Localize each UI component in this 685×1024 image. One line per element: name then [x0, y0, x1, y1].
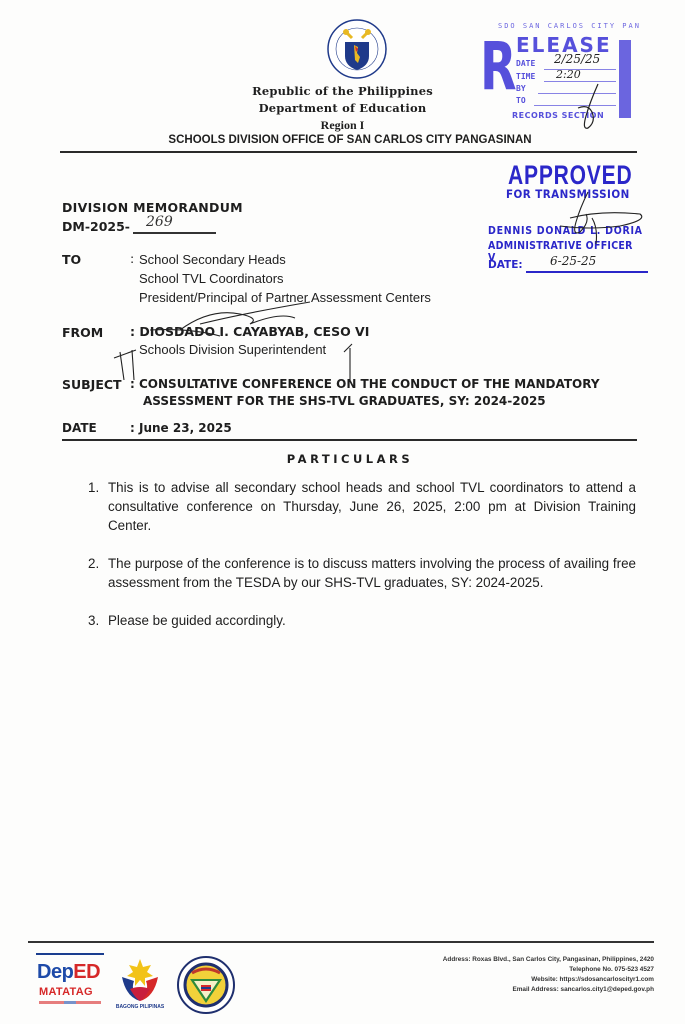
recipient: President/Principal of Partner Assessmen…: [139, 288, 431, 307]
approved-stamp-subtitle: FOR TRANSMISSION: [506, 187, 630, 201]
released-initial-signature: [568, 82, 608, 134]
division-office-heading: SCHOOLS DIVISION OFFICE OF SAN CARLOS CI…: [0, 134, 685, 146]
website-link[interactable]: Website: https://sdosancarloscityr1.com: [300, 975, 654, 985]
deped-wordmark: DepED: [37, 961, 100, 984]
released-date-value: 2/25/25: [554, 52, 600, 66]
from-position: Schools Division Superintendent: [139, 342, 326, 357]
bagong-pilipinas-logo: BAGONG PILIPINAS: [112, 955, 167, 1015]
meta-divider: [62, 439, 637, 441]
sdo-san-carlos-seal-icon: [176, 955, 236, 1015]
approved-date-value: 6-25-25: [550, 254, 596, 268]
from-label: FROM: [62, 325, 103, 340]
released-time-label: TIME: [516, 72, 535, 81]
memo-number-handwritten: 269: [146, 214, 173, 230]
released-by-label: BY: [516, 84, 526, 93]
matatag-wordmark: MATATAG: [39, 986, 93, 998]
particulars-heading: PARTICULARS: [0, 452, 685, 466]
from-name: : DIOSDADO I. CAYABYAB, CESO VI: [130, 324, 369, 339]
approver-name: DENNIS DONALD L. DORIA: [488, 225, 643, 237]
released-stamp-arc: SDO SAN CARLOS CITY PAN: [498, 22, 641, 30]
to-label: TO: [62, 252, 81, 267]
recipient: School TVL Coordinators: [139, 269, 431, 288]
approved-stamp: APPROVED FOR TRANSMISSION DENNIS DONALD …: [480, 160, 660, 280]
address: Address: Roxas Blvd., San Carlos City, P…: [300, 955, 654, 965]
list-item: 3. Please be guided accordingly.: [88, 611, 636, 630]
released-stamp-footer: RECORDS SECTION: [512, 111, 604, 120]
footer-divider: [28, 941, 654, 943]
subject-text: : CONSULTATIVE CONFERENCE ON THE CONDUCT…: [130, 376, 630, 410]
released-date-label: DATE: [516, 59, 535, 68]
subject-label: SUBJECT: [62, 377, 122, 392]
memo-type: DIVISION MEMORANDUM: [62, 200, 243, 215]
memo-date: : June 23, 2025: [130, 421, 232, 435]
released-time-value: 2:20: [556, 68, 581, 81]
approved-date-label: DATE:: [488, 259, 523, 271]
to-recipients: School Secondary Heads School TVL Coordi…: [139, 250, 431, 307]
deped-seal-icon: [326, 18, 388, 80]
released-stamp-letter: R: [480, 34, 517, 100]
list-item: 2. The purpose of the conference is to d…: [88, 554, 636, 592]
deped-matatag-logo: DepED MATATAG: [36, 953, 106, 1013]
date-label: DATE: [62, 421, 97, 435]
memo-number-prefix: DM-2025-: [62, 219, 130, 234]
released-stamp: SDO SAN CARLOS CITY PAN R ELEASE DATE TI…: [478, 22, 658, 134]
superintendent-signature: [110, 300, 390, 380]
released-to-label: TO: [516, 96, 526, 105]
particulars-list: 1. This is to advise all secondary schoo…: [88, 478, 636, 649]
bagong-pilipinas-icon: [116, 955, 164, 1003]
header-divider: [60, 151, 637, 153]
recipient: School Secondary Heads: [139, 250, 431, 269]
email-link[interactable]: Email Address: sancarlos.city1@deped.gov…: [300, 985, 654, 995]
telephone: Telephone No. 075-523 4527: [300, 965, 654, 975]
contact-info: Address: Roxas Blvd., San Carlos City, P…: [300, 955, 654, 995]
list-item: 1. This is to advise all secondary schoo…: [88, 478, 636, 535]
